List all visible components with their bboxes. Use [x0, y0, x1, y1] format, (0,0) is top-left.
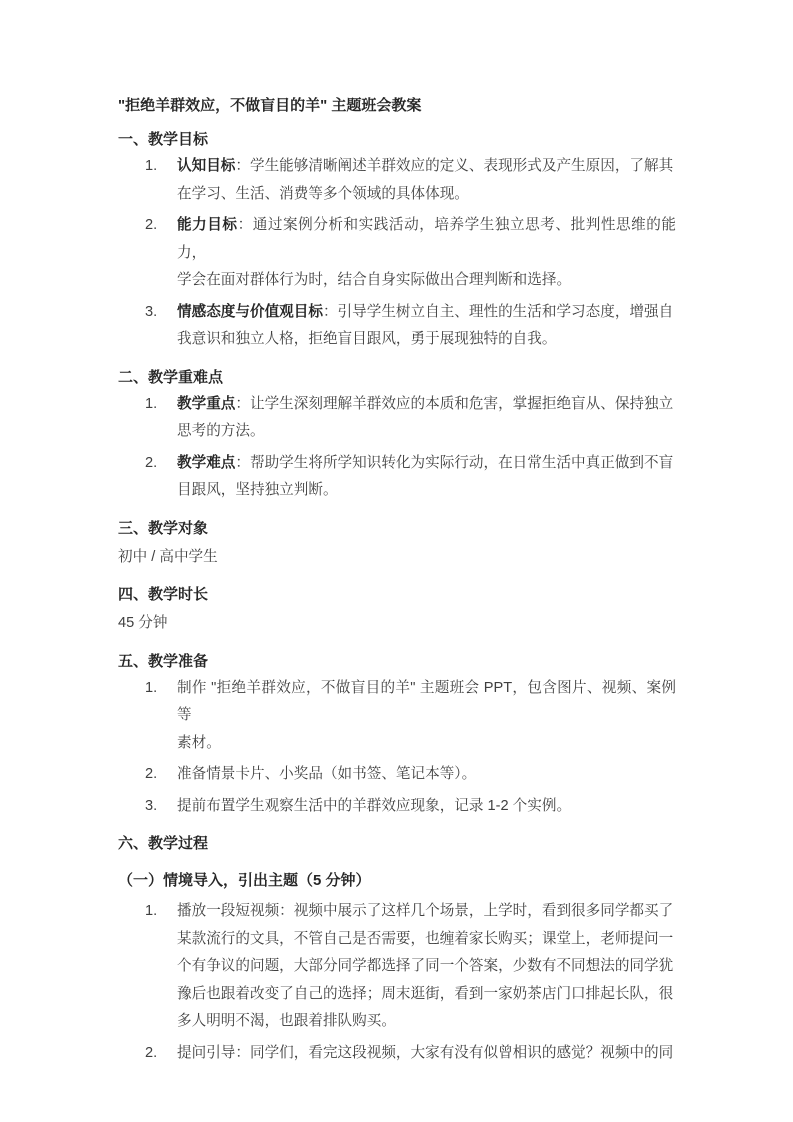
list-item-text: 提问引导：同学们，看完这段视频，大家有没有似曾相识的感觉？视频中的同 [177, 1045, 673, 1061]
paragraph-audience: 初中 / 高中学生 [118, 544, 676, 572]
list-item: 2. 准备情景卡片、小奖品（如书签、笔记本等）。 [118, 761, 676, 789]
list-item-label: 情感态度与价值观目标 [177, 304, 323, 320]
list-item: 2. 提问引导：同学们，看完这段视频，大家有没有似曾相识的感觉？视频中的同 [118, 1040, 676, 1068]
list-item-number: 2. [145, 212, 177, 295]
list-item-text: ：通过案例分析和实践活动，培养学生独立思考、批判性思维的能力， 学会在面对群体行… [177, 217, 676, 288]
list-item-text: 播放一段短视频：视频中展示了这样几个场景，上学时，看到很多同学都买了 某款流行的… [177, 903, 673, 1029]
document-title: "拒绝羊群效应，不做盲目的羊" 主题班会教案 [118, 96, 676, 116]
section-heading-duration: 四、教学时长 [118, 584, 676, 606]
list-item: 1. 播放一段短视频：视频中展示了这样几个场景，上学时，看到很多同学都买了 某款… [118, 898, 676, 1036]
list-item: 1. 教学重点：让学生深刻理解羊群效应的本质和危害，掌握拒绝盲从、保持独立 思考… [118, 391, 676, 446]
list-item-text: 制作 "拒绝羊群效应，不做盲目的羊" 主题班会 PPT，包含图片、视频、案例等 … [177, 680, 676, 751]
subsection-heading-intro: （一）情境导入，引出主题（5 分钟） [118, 870, 676, 892]
list-item-number: 1. [145, 675, 177, 758]
list-process-intro: 1. 播放一段短视频：视频中展示了这样几个场景，上学时，看到很多同学都买了 某款… [118, 898, 676, 1067]
section-heading-preparation: 五、教学准备 [118, 651, 676, 673]
list-item-text: 准备情景卡片、小奖品（如书签、笔记本等）。 [177, 766, 476, 782]
section-heading-process: 六、教学过程 [118, 833, 676, 855]
list-item: 3. 情感态度与价值观目标：引导学生树立自主、理性的生活和学习态度，增强自 我意… [118, 299, 676, 354]
paragraph-duration: 45 分钟 [118, 610, 676, 638]
list-key-difficulties: 1. 教学重点：让学生深刻理解羊群效应的本质和危害，掌握拒绝盲从、保持独立 思考… [118, 391, 676, 505]
list-item-text: ：学生能够清晰阐述羊群效应的定义、表现形式及产生原因，了解其 在学习、生活、消费… [177, 158, 673, 202]
section-heading-audience: 三、教学对象 [118, 518, 676, 540]
list-item: 2. 教学难点：帮助学生将所学知识转化为实际行动，在日常生活中真正做到不盲 目跟… [118, 450, 676, 505]
list-teaching-goals: 1. 认知目标：学生能够清晰阐述羊群效应的定义、表现形式及产生原因，了解其 在学… [118, 153, 676, 354]
list-item: 1. 制作 "拒绝羊群效应，不做盲目的羊" 主题班会 PPT，包含图片、视频、案… [118, 675, 676, 758]
list-item-label: 能力目标 [177, 217, 238, 233]
list-preparation: 1. 制作 "拒绝羊群效应，不做盲目的羊" 主题班会 PPT，包含图片、视频、案… [118, 675, 676, 821]
list-item-label: 教学重点 [177, 396, 235, 412]
list-item-label: 教学难点 [177, 455, 235, 471]
list-item-number: 2. [145, 761, 177, 789]
list-item-number: 2. [145, 1040, 177, 1068]
list-item-number: 1. [145, 898, 177, 1036]
section-heading-teaching-goals: 一、教学目标 [118, 129, 676, 151]
list-item-text: ：帮助学生将所学知识转化为实际行动，在日常生活中真正做到不盲 目跟风，坚持独立判… [177, 455, 673, 499]
list-item-text: ：让学生深刻理解羊群效应的本质和危害，掌握拒绝盲从、保持独立 思考的方法。 [177, 396, 673, 440]
list-item-label: 认知目标 [177, 158, 235, 174]
document-page: "拒绝羊群效应，不做盲目的羊" 主题班会教案 一、教学目标 1. 认知目标：学生… [0, 0, 793, 1122]
list-item-number: 1. [145, 153, 177, 208]
list-item: 1. 认知目标：学生能够清晰阐述羊群效应的定义、表现形式及产生原因，了解其 在学… [118, 153, 676, 208]
list-item-number: 1. [145, 391, 177, 446]
section-heading-key-difficulties: 二、教学重难点 [118, 367, 676, 389]
list-item: 3. 提前布置学生观察生活中的羊群效应现象，记录 1-2 个实例。 [118, 793, 676, 821]
list-item-number: 3. [145, 299, 177, 354]
list-item-number: 3. [145, 793, 177, 821]
list-item-text: 提前布置学生观察生活中的羊群效应现象，记录 1-2 个实例。 [177, 798, 571, 814]
list-item-number: 2. [145, 450, 177, 505]
list-item: 2. 能力目标：通过案例分析和实践活动，培养学生独立思考、批判性思维的能力， 学… [118, 212, 676, 295]
